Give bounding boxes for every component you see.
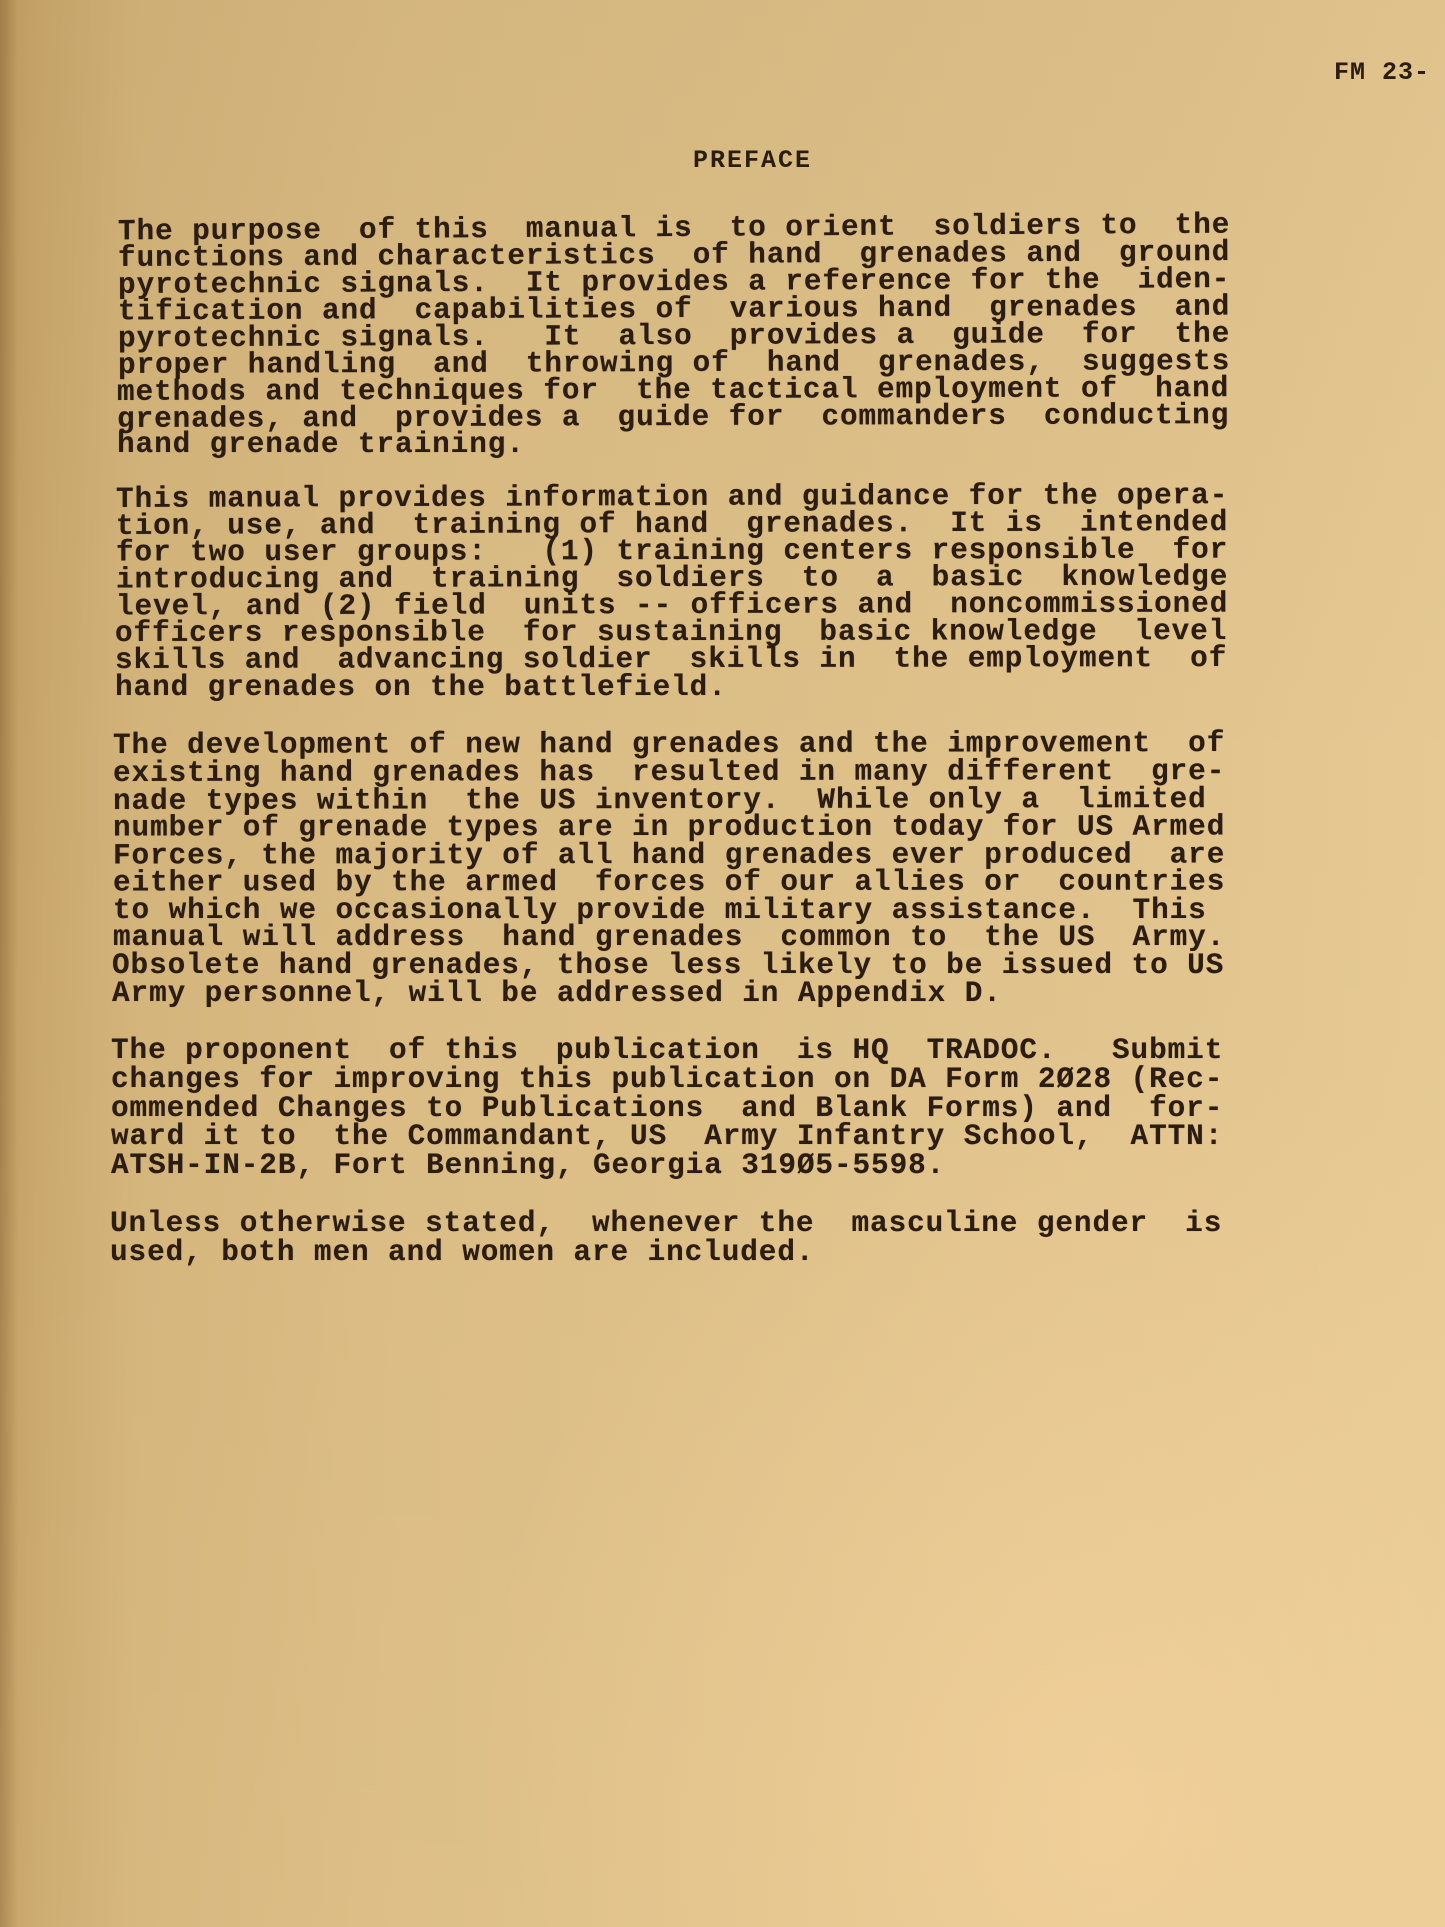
page-gutter-shadow: [0, 0, 18, 1927]
running-header: FM 23-: [1334, 58, 1430, 87]
text-line: changes for improving this publication o…: [111, 1065, 1223, 1095]
text-line: hand grenades on the battlefield.: [115, 673, 727, 703]
text-line: used, both men and women are included.: [110, 1238, 814, 1268]
text-line: The proponent of this publication is HQ …: [111, 1036, 1223, 1066]
text-line: ward it to the Commandant, US Army Infan…: [111, 1122, 1223, 1152]
text-line: Unless otherwise stated, whenever the ma…: [110, 1209, 1222, 1239]
text-line: hand grenade training.: [117, 430, 525, 460]
text-line: ATSH-IN-2B, Fort Benning, Georgia 319Ø5-…: [111, 1151, 945, 1181]
text-line: Army personnel, will be addressed in App…: [112, 979, 1002, 1009]
page-title: PREFACE: [0, 146, 1445, 175]
